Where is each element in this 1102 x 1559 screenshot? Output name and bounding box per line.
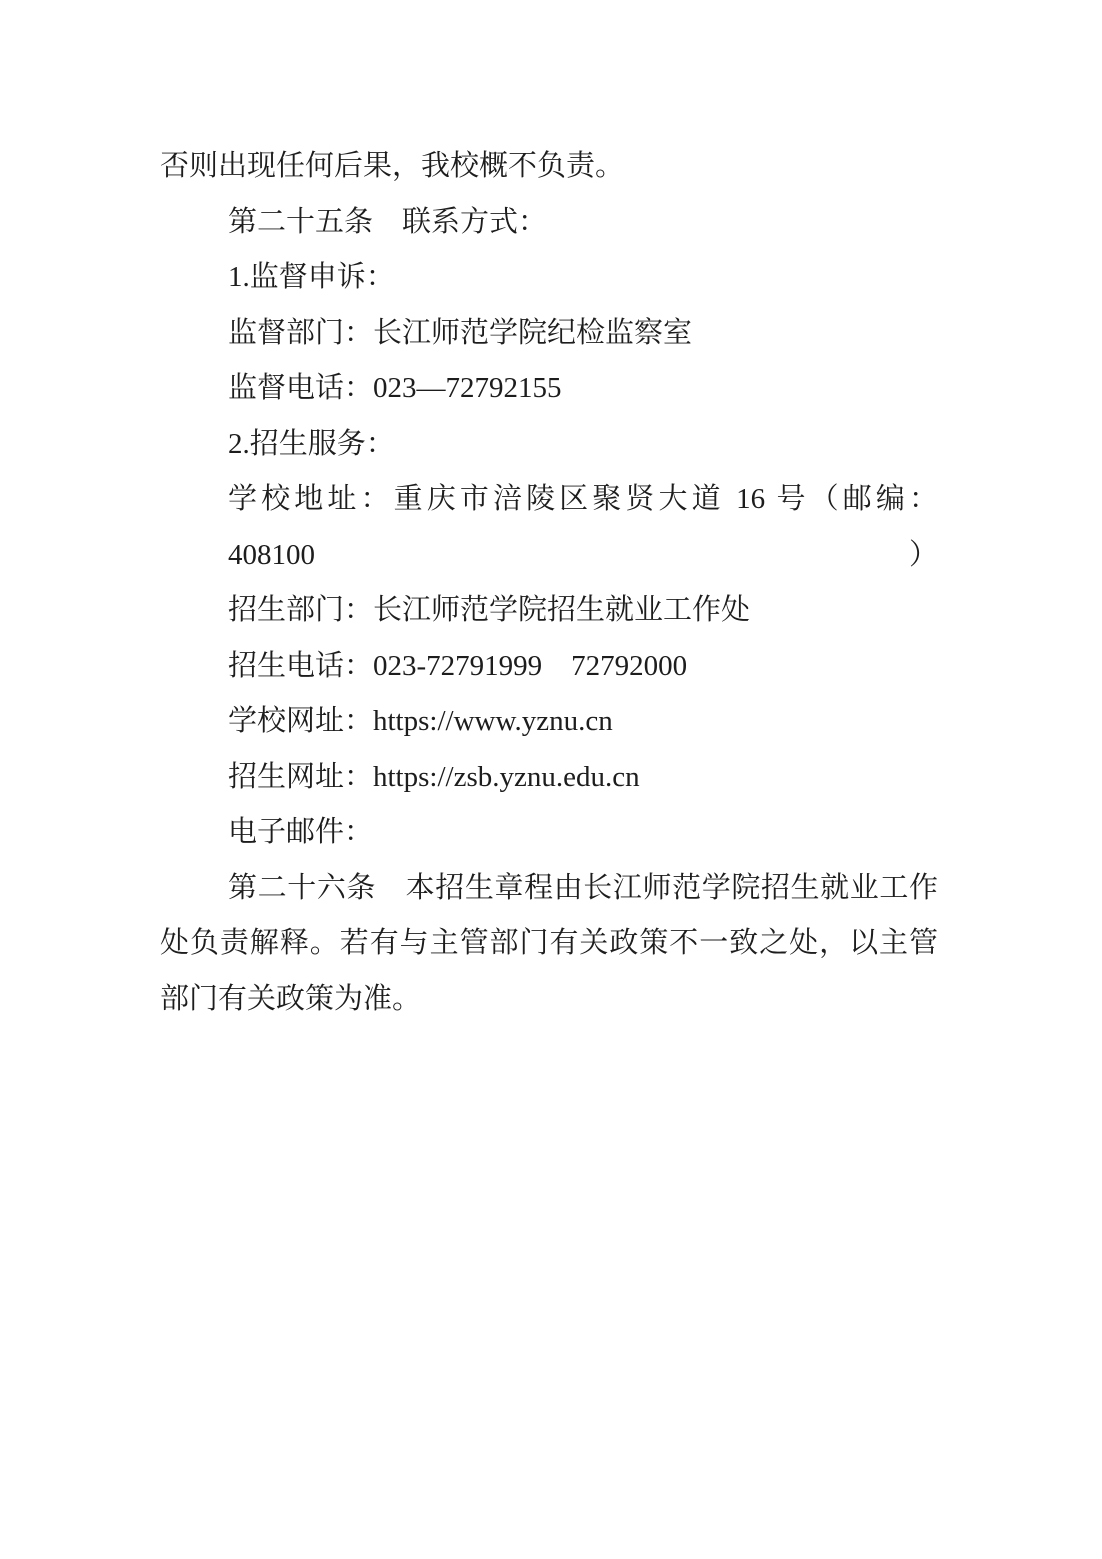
document-text-block: 否则出现任何后果，我校概不负责。 第二十五条 联系方式： 1.监督申诉： 监督部… xyxy=(160,139,938,1027)
admission-department-line: 招生部门：长江师范学院招生就业工作处 xyxy=(160,583,938,639)
article-26-line-2: 处负责解释。若有与主管部门有关政策不一致之处，以主管 xyxy=(160,916,938,972)
document-page: 否则出现任何后果，我校概不负责。 第二十五条 联系方式： 1.监督申诉： 监督部… xyxy=(0,0,1102,1559)
admission-section-title: 2.招生服务： xyxy=(160,417,938,473)
article-26-line-3: 部门有关政策为准。 xyxy=(160,972,938,1028)
school-address-line: 学校地址：重庆市涪陵区聚贤大道 16 号（邮编：408100） xyxy=(160,472,938,583)
supervision-phone-line: 监督电话：023—72792155 xyxy=(160,361,938,417)
paragraph-continuation-line: 否则出现任何后果，我校概不负责。 xyxy=(160,139,938,195)
article-25-heading: 第二十五条 联系方式： xyxy=(160,195,938,251)
email-line: 电子邮件： xyxy=(160,805,938,861)
supervision-section-title: 1.监督申诉： xyxy=(160,250,938,306)
article-26-line-1: 第二十六条 本招生章程由长江师范学院招生就业工作 xyxy=(160,861,938,917)
supervision-department-line: 监督部门：长江师范学院纪检监察室 xyxy=(160,306,938,362)
admission-website-line: 招生网址：https://zsb.yznu.edu.cn xyxy=(160,750,938,806)
school-website-line: 学校网址：https://www.yznu.cn xyxy=(160,694,938,750)
admission-phone-line: 招生电话：023-72791999 72792000 xyxy=(160,639,938,695)
